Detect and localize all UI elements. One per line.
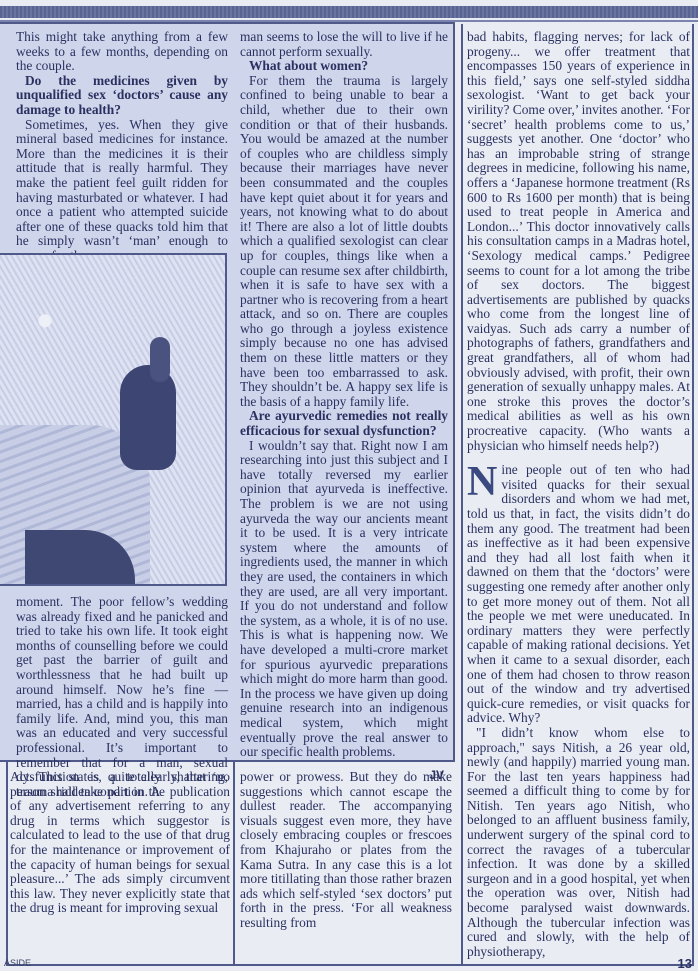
column-rule-middle-bottom	[233, 762, 235, 966]
interview-column-1-top: This might take anything from a few week…	[16, 30, 228, 264]
interview-question: What about women?	[240, 59, 448, 74]
article-column-3: bad habits, flagging nerves; for lack of…	[467, 30, 690, 959]
paragraph: Act. This states, quite clearly, that ‘n…	[10, 770, 230, 916]
bottom-rule-left	[6, 964, 462, 966]
interview-question: Do the medicines given by unqualified se…	[16, 74, 228, 118]
article-column-2-bottom: power or prowess. But they do make sugge…	[240, 770, 452, 931]
column-rule-outer	[692, 24, 694, 966]
drop-cap: N	[467, 465, 497, 499]
paragraph: Sometimes, yes. When they give mineral b…	[16, 118, 228, 264]
paragraph: "I didn’t know whom else to approach," s…	[467, 726, 690, 960]
photo-hand-shape	[120, 365, 176, 470]
paragraph: bad habits, flagging nerves; for lack of…	[467, 30, 690, 453]
paragraph: This might take anything from a few week…	[16, 30, 228, 74]
page-number: 13	[678, 956, 692, 971]
paragraph: For them the trauma is largely confined …	[240, 74, 448, 410]
paragraph-with-dropcap: Nine people out of ten who had visited q…	[467, 463, 690, 726]
column-rule-left-bottom	[6, 762, 8, 966]
paragraph: power or prowess. But they do make sugge…	[240, 770, 452, 931]
paragraph: I wouldn’t say that. Right now I am rese…	[240, 439, 448, 760]
header-banner-bar	[0, 6, 698, 18]
photo-thumb-shape	[150, 337, 170, 382]
bottom-rule-right	[461, 964, 694, 966]
interview-column-2: man seems to lose the will to live if he…	[240, 30, 448, 782]
section-label: ASIDE	[4, 958, 31, 968]
article-photo-hand	[0, 253, 227, 586]
paragraph: man seems to lose the will to live if he…	[240, 30, 448, 59]
interview-question: Are ayurvedic remedies not really effica…	[240, 409, 448, 438]
column-rule-right	[461, 24, 463, 966]
article-column-1-bottom: Act. This states, quite clearly, that ‘n…	[10, 770, 230, 916]
